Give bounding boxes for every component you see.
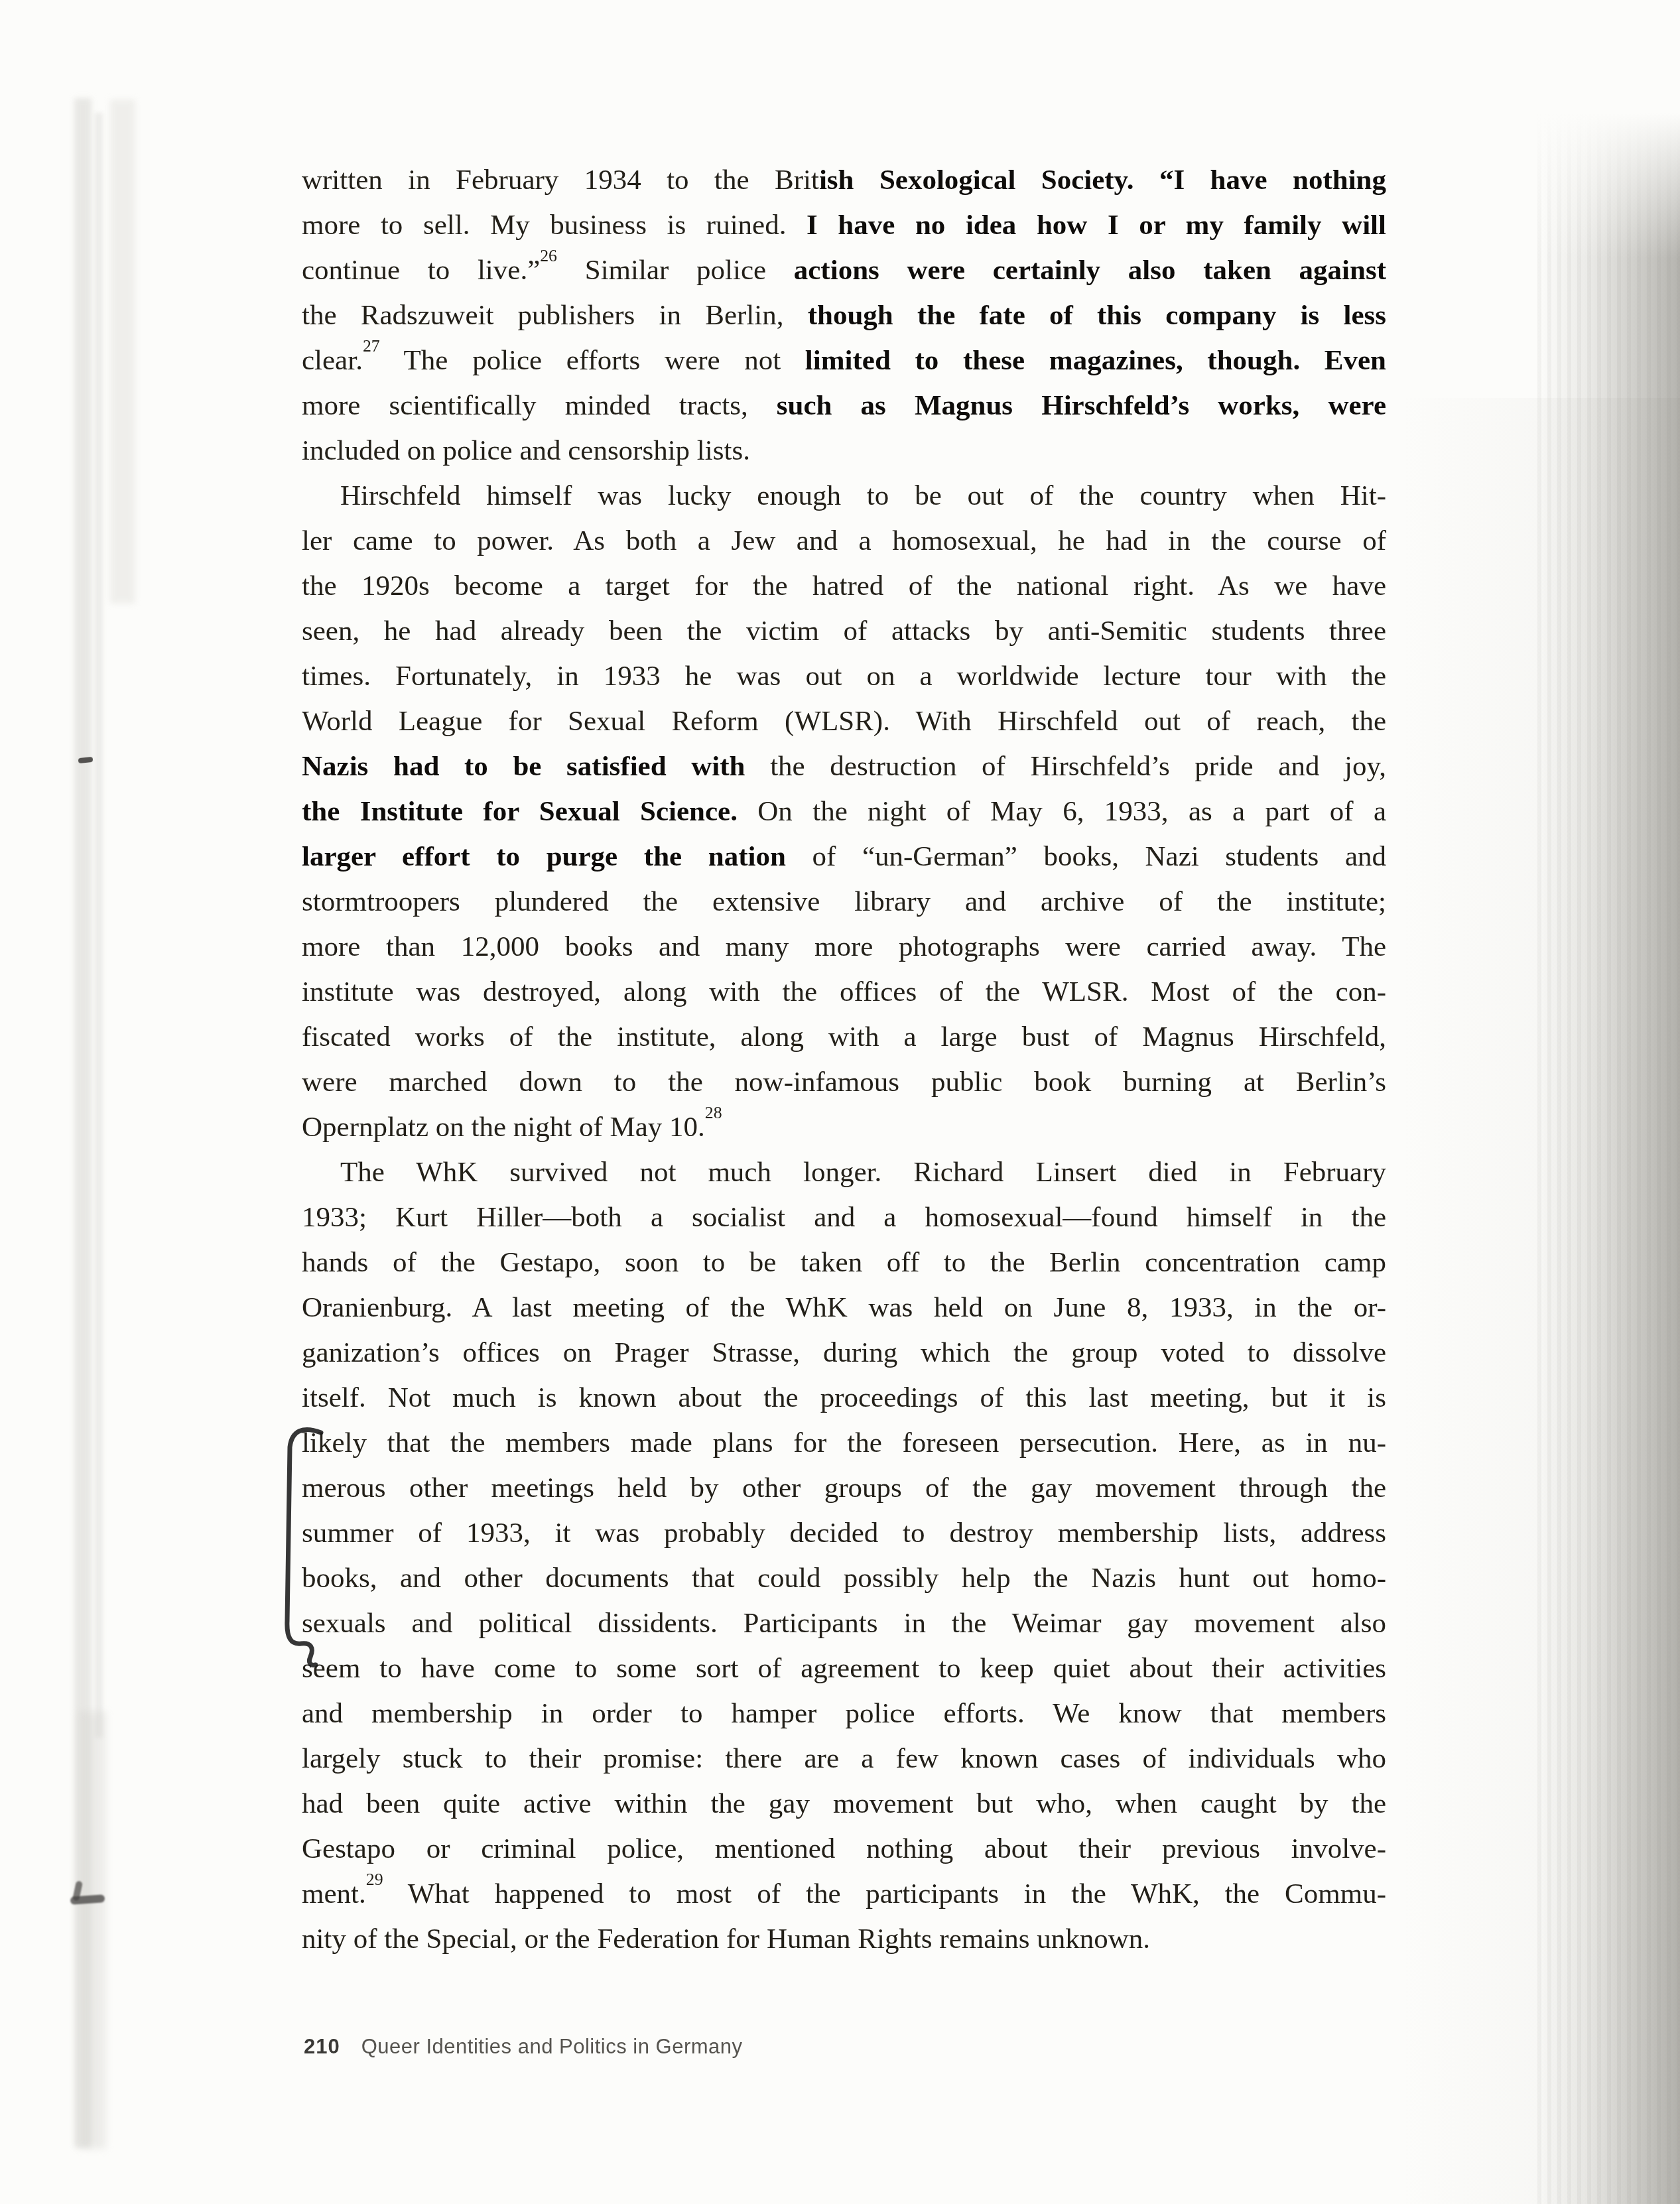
page-edge-shadow [1537, 113, 1680, 2204]
text-line: institute was destroyed, along with the … [302, 970, 1386, 1015]
text-line: the 1920s become a target for the hatred… [302, 564, 1386, 609]
gutter-scan-streak [110, 99, 135, 604]
text-line: more scientifically minded tracts, such … [302, 383, 1386, 428]
text-line: seem to have come to some sort of agreem… [302, 1646, 1386, 1691]
text-line: more than 12,000 books and many more pho… [302, 925, 1386, 970]
text-line: Hirschfeld himself was lucky enough to b… [302, 474, 1386, 519]
text-line: written in February 1934 to the British … [302, 158, 1386, 203]
page-edge-tint [1401, 398, 1680, 2204]
text-line: likely that the members made plans for t… [302, 1421, 1386, 1466]
running-footer: 210 Queer Identities and Politics in Ger… [304, 2035, 743, 2064]
margin-ink-dash [78, 757, 94, 763]
text-line: books, and other documents that could po… [302, 1556, 1386, 1601]
text-line: Gestapo or criminal police, mentioned no… [302, 1827, 1386, 1872]
text-line: the Radszuweit publishers in Berlin, tho… [302, 293, 1386, 338]
text-line: Nazis had to be satisfied with the destr… [302, 744, 1386, 789]
text-block: written in February 1934 to the British … [302, 158, 1386, 1962]
text-line: clear.27 The police efforts were not lim… [302, 338, 1386, 383]
margin-bracket-annotation [277, 1425, 333, 1679]
text-line: ler came to power. As both a Jew and a h… [302, 519, 1386, 564]
text-line: itself. Not much is known about the proc… [302, 1376, 1386, 1421]
scanned-book-page: written in February 1934 to the British … [0, 0, 1680, 2204]
text-line: and membership in order to hamper police… [302, 1691, 1386, 1736]
text-line: included on police and censorship lists. [302, 428, 1386, 474]
gutter-scan-streak [74, 98, 92, 2148]
text-line: seen, he had already been the victim of … [302, 609, 1386, 654]
text-line: Opernplatz on the night of May 10.28 [302, 1105, 1386, 1150]
text-line: larger effort to purge the nation of “un… [302, 834, 1386, 879]
gutter-scan-streak [95, 113, 103, 1738]
text-line: the Institute for Sexual Science. On the… [302, 789, 1386, 834]
text-line: 1933; Kurt Hiller—both a socialist and a… [302, 1195, 1386, 1240]
text-line: continue to live.”26 Similar police acti… [302, 248, 1386, 293]
text-line: fiscated works of the institute, along w… [302, 1015, 1386, 1060]
text-line: had been quite active within the gay mov… [302, 1782, 1386, 1827]
text-line: merous other meetings held by other grou… [302, 1466, 1386, 1511]
text-line: summer of 1933, it was probably decided … [302, 1511, 1386, 1556]
text-line: hands of the Gestapo, soon to be taken o… [302, 1240, 1386, 1285]
text-line: Oranienburg. A last meeting of the WhK w… [302, 1285, 1386, 1330]
page-number: 210 [304, 2035, 340, 2059]
gutter-scan-streak [78, 1711, 106, 2149]
text-line: The WhK survived not much longer. Richar… [302, 1150, 1386, 1195]
text-line: times. Fortunately, in 1933 he was out o… [302, 654, 1386, 699]
text-line: sexuals and political dissidents. Partic… [302, 1601, 1386, 1646]
text-line: World League for Sexual Reform (WLSR). W… [302, 699, 1386, 744]
text-line: more to sell. My business is ruined. I h… [302, 203, 1386, 248]
text-line: stormtroopers plundered the extensive li… [302, 879, 1386, 925]
running-title: Queer Identities and Politics in Germany [361, 2035, 743, 2059]
margin-pen-smudge [70, 1894, 105, 1905]
text-line: largely stuck to their promise: there ar… [302, 1736, 1386, 1782]
text-line: were marched down to the now-infamous pu… [302, 1060, 1386, 1105]
text-line: ganization’s offices on Prager Strasse, … [302, 1330, 1386, 1376]
text-line: nity of the Special, or the Federation f… [302, 1917, 1386, 1962]
text-line: ment.29 What happened to most of the par… [302, 1872, 1386, 1917]
